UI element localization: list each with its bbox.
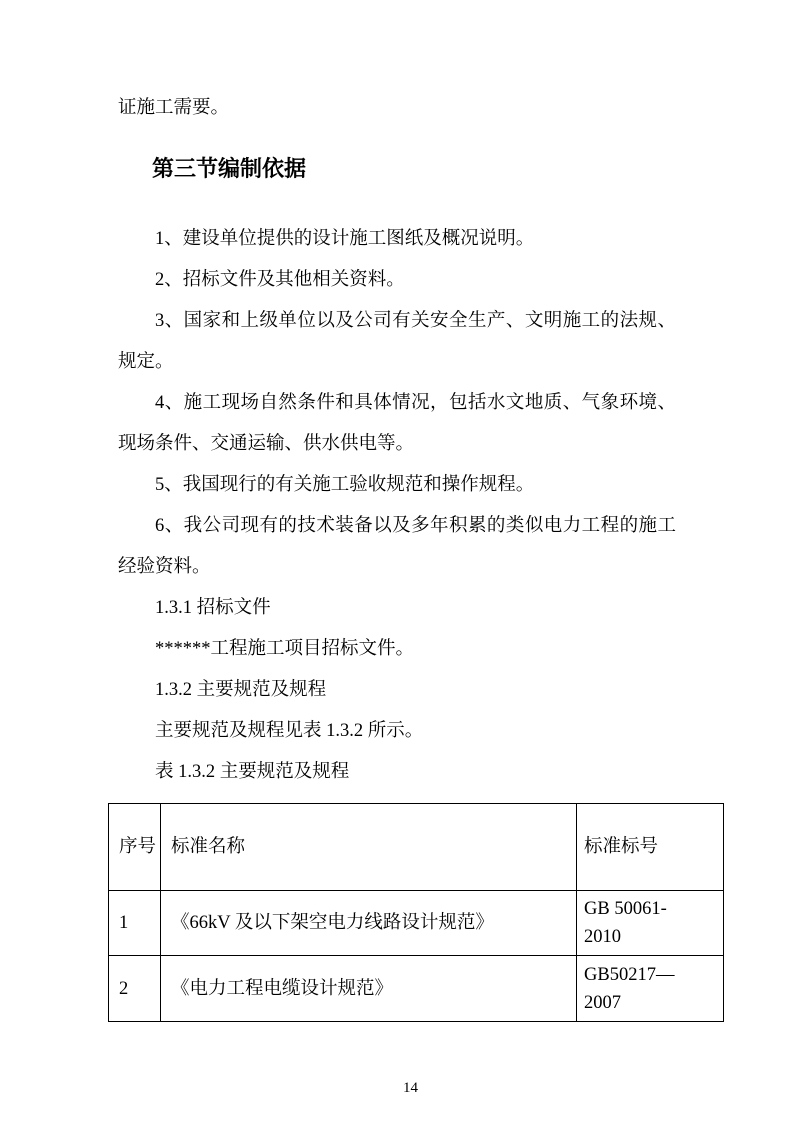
cell-row1-name: 《66kV 及以下架空电力线路设计规范》 — [161, 891, 577, 956]
list-item-5: 5、我国现行的有关施工验收规范和操作规程。 — [118, 465, 676, 506]
col-header-code: 标准标号 — [577, 804, 724, 891]
cell-row2-name: 《电力工程电缆设计规范》 — [161, 956, 577, 1022]
col-header-name: 标准名称 — [161, 804, 577, 891]
list-item-6: 6、我公司现有的技术装备以及多年积累的类似电力工程的施工经验资料。 — [118, 506, 676, 588]
standards-table: 序号 标准名称 标准标号 1 《66kV 及以下架空电力线路设计规范》 GB 5… — [108, 803, 724, 1022]
section-heading: 第三节编制依据 — [152, 148, 676, 189]
col-header-index: 序号 — [109, 804, 161, 891]
cell-row1-code: GB 50061- 2010 — [577, 891, 724, 956]
table-header-row: 序号 标准名称 标准标号 — [109, 804, 724, 891]
document-page: 证施工需要。 第三节编制依据 1、建设单位提供的设计施工图纸及概况说明。 2、招… — [0, 0, 793, 1122]
tender-document-line: ******工程施工项目招标文件。 — [118, 629, 676, 670]
cell-row1-index: 1 — [109, 891, 161, 956]
subsection-heading-1-3-2: 1.3.2 主要规范及规程 — [118, 670, 676, 711]
subsection-heading-1-3-1: 1.3.1 招标文件 — [118, 588, 676, 629]
page-number: 14 — [0, 1078, 793, 1098]
document-body: 证施工需要。 第三节编制依据 1、建设单位提供的设计施工图纸及概况说明。 2、招… — [118, 88, 676, 1022]
cell-row2-index: 2 — [109, 956, 161, 1022]
table-caption: 表 1.3.2 主要规范及规程 — [118, 752, 676, 793]
continuation-paragraph: 证施工需要。 — [118, 88, 676, 129]
table-row: 2 《电力工程电缆设计规范》 GB50217— 2007 — [109, 956, 724, 1022]
table-row: 1 《66kV 及以下架空电力线路设计规范》 GB 50061- 2010 — [109, 891, 724, 956]
list-item-2: 2、招标文件及其他相关资料。 — [118, 260, 676, 301]
cell-row2-code: GB50217— 2007 — [577, 956, 724, 1022]
table-reference-line: 主要规范及规程见表 1.3.2 所示。 — [118, 711, 676, 752]
list-item-4: 4、施工现场自然条件和具体情况，包括水文地质、气象环境、现场条件、交通运输、供水… — [118, 383, 676, 465]
list-item-1: 1、建设单位提供的设计施工图纸及概况说明。 — [118, 219, 676, 260]
list-item-3: 3、国家和上级单位以及公司有关安全生产、文明施工的法规、规定。 — [118, 301, 676, 383]
